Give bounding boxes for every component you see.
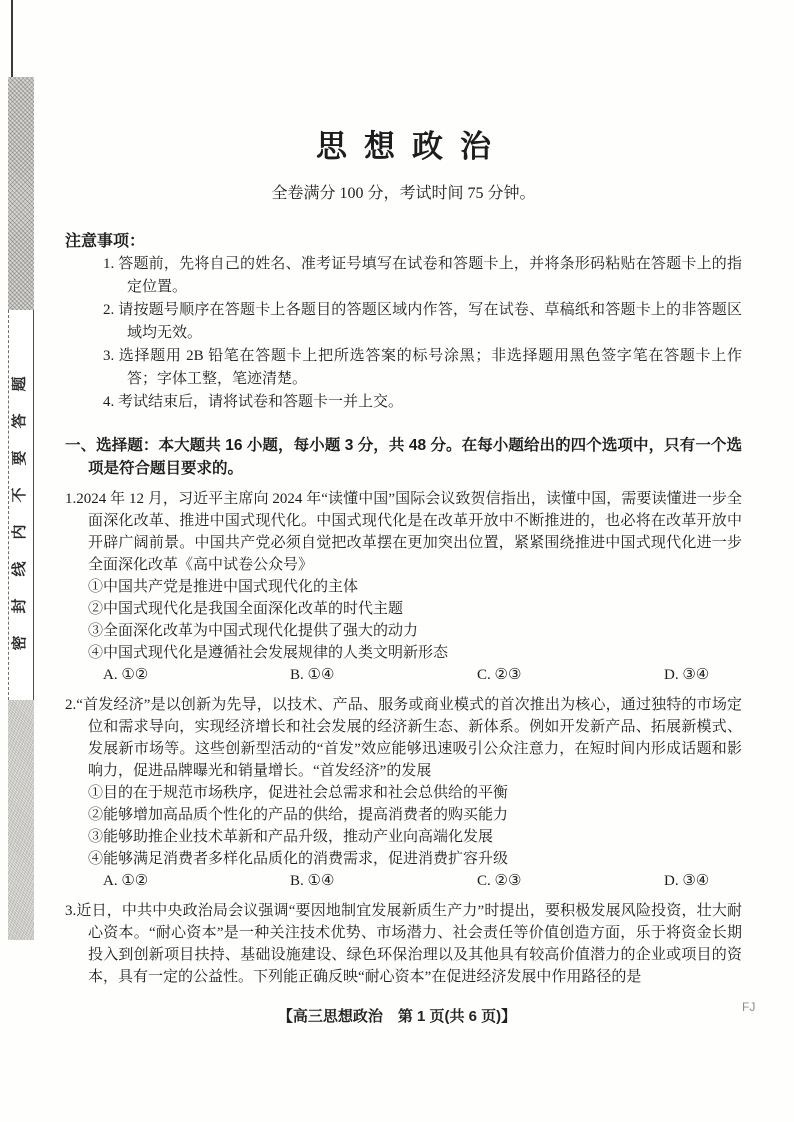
notice-heading: 注意事项： bbox=[65, 230, 742, 253]
notice-item-number: 4. bbox=[103, 394, 114, 410]
question-stem-text: 2024 年 12 月，习近平主席向 2024 年“读懂中国”国际会议致贺信指出… bbox=[76, 491, 742, 573]
question-number: 2. bbox=[65, 697, 76, 713]
statement-2: ②中国式现代化是我国全面深化改革的时代主题 bbox=[88, 598, 742, 620]
page-footer: 【高三思想政治 第 1 页(共 6 页)】 bbox=[0, 1006, 794, 1028]
notice-item-text: 请按题号顺序在答题卡上各题目的答题区域内作答，写在试卷、草稿纸和答题卡上的非答题… bbox=[118, 302, 742, 341]
statement-1: ①目的在于规范市场秩序，促进社会总需求和社会总供给的平衡 bbox=[88, 782, 742, 804]
scan-texture-top bbox=[8, 77, 34, 310]
notice-item-text: 选择题用 2B 铅笔在答题卡上把所选答案的标号涂黑；非选择题用黑色签字笔在答题卡… bbox=[119, 348, 742, 387]
notice-item-1: 1. 答题前，先将自己的姓名、准考证号填写在试卷和答题卡上，并将条形码粘贴在答题… bbox=[65, 253, 742, 299]
choices-row: A. ①② B. ①④ C. ②③ D. ③④ bbox=[65, 664, 742, 686]
choice-a: A. ①② bbox=[103, 870, 290, 892]
question-stem-text: “首发经济”是以创新为先导，以技术、产品、服务或商业模式的首次推出为核心，通过独… bbox=[76, 697, 742, 779]
question-3: 3.近日，中共中央政治局会议强调“要因地制宜发展新质生产力”时提出，要积极发展风… bbox=[65, 900, 742, 988]
choice-b: B. ①④ bbox=[290, 870, 477, 892]
choice-b: B. ①④ bbox=[290, 664, 477, 686]
choice-d: D. ③④ bbox=[664, 664, 709, 686]
notice-item-4: 4. 考试结束后，请将试卷和答题卡一并上交。 bbox=[65, 391, 742, 414]
seal-line-text: 密封线内不要答题 bbox=[6, 305, 34, 700]
question-stem: 3.近日，中共中央政治局会议强调“要因地制宜发展新质生产力”时提出，要积极发展风… bbox=[65, 900, 742, 988]
notice-item-text: 答题前，先将自己的姓名、准考证号填写在试卷和答题卡上，并将条形码粘贴在答题卡上的… bbox=[118, 256, 742, 295]
exam-content: 思想政治 全卷满分 100 分，考试时间 75 分钟。 注意事项： 1. 答题前… bbox=[65, 120, 742, 988]
statement-3: ③全面深化改革为中国式现代化提供了强大的动力 bbox=[88, 620, 742, 642]
question-number: 3. bbox=[65, 903, 76, 919]
question-stem: 2.“首发经济”是以创新为先导，以技术、产品、服务或商业模式的首次推出为核心，通… bbox=[65, 694, 742, 782]
scan-texture-bottom bbox=[8, 700, 34, 940]
notice-item-3: 3. 选择题用 2B 铅笔在答题卡上把所选答案的标号涂黑；非选择题用黑色签字笔在… bbox=[65, 345, 742, 391]
notice-item-2: 2. 请按题号顺序在答题卡上各题目的答题区域内作答，写在试卷、草稿纸和答题卡上的… bbox=[65, 299, 742, 345]
question-stem: 1.2024 年 12 月，习近平主席向 2024 年“读懂中国”国际会议致贺信… bbox=[65, 488, 742, 576]
section-heading: 一、选择题：本大题共 16 小题，每小题 3 分，共 48 分。在每小题给出的四… bbox=[65, 434, 742, 480]
choice-d: D. ③④ bbox=[664, 870, 709, 892]
notice-item-text: 考试结束后，请将试卷和答题卡一并上交。 bbox=[118, 394, 403, 410]
choice-a: A. ①② bbox=[103, 664, 290, 686]
choices-row: A. ①② B. ①④ C. ②③ D. ③④ bbox=[65, 870, 742, 892]
question-2: 2.“首发经济”是以创新为先导，以技术、产品、服务或商业模式的首次推出为核心，通… bbox=[65, 694, 742, 892]
exam-page: 密封线内不要答题 思想政治 全卷满分 100 分，考试时间 75 分钟。 注意事… bbox=[0, 0, 794, 1122]
question-stem-text: 近日，中共中央政治局会议强调“要因地制宜发展新质生产力”时提出，要积极发展风险投… bbox=[76, 903, 742, 985]
question-number: 1. bbox=[65, 491, 76, 507]
question-1: 1.2024 年 12 月，习近平主席向 2024 年“读懂中国”国际会议致贺信… bbox=[65, 488, 742, 686]
choice-c: C. ②③ bbox=[477, 664, 664, 686]
corner-mark: FJ bbox=[742, 1000, 755, 1014]
statement-4: ④中国式现代化是遵循社会发展规律的人类文明新形态 bbox=[88, 642, 742, 664]
statement-4: ④能够满足消费者多样化品质化的消费需求，促进消费扩容升级 bbox=[88, 848, 742, 870]
statement-2: ②能够增加高品质个性化的产品的供给，提高消费者的购买能力 bbox=[88, 804, 742, 826]
statement-1: ①中国共产党是推进中国式现代化的主体 bbox=[88, 576, 742, 598]
exam-info-line: 全卷满分 100 分，考试时间 75 分钟。 bbox=[65, 182, 742, 206]
notice-item-number: 3. bbox=[103, 348, 114, 364]
scan-edge-line bbox=[11, 0, 13, 77]
notice-item-number: 2. bbox=[103, 302, 114, 318]
page-title: 思想政治 bbox=[65, 126, 742, 168]
notice-item-number: 1. bbox=[103, 256, 114, 272]
statement-3: ③能够助推企业技术革新和产品升级，推动产业向高端化发展 bbox=[88, 826, 742, 848]
choice-c: C. ②③ bbox=[477, 870, 664, 892]
